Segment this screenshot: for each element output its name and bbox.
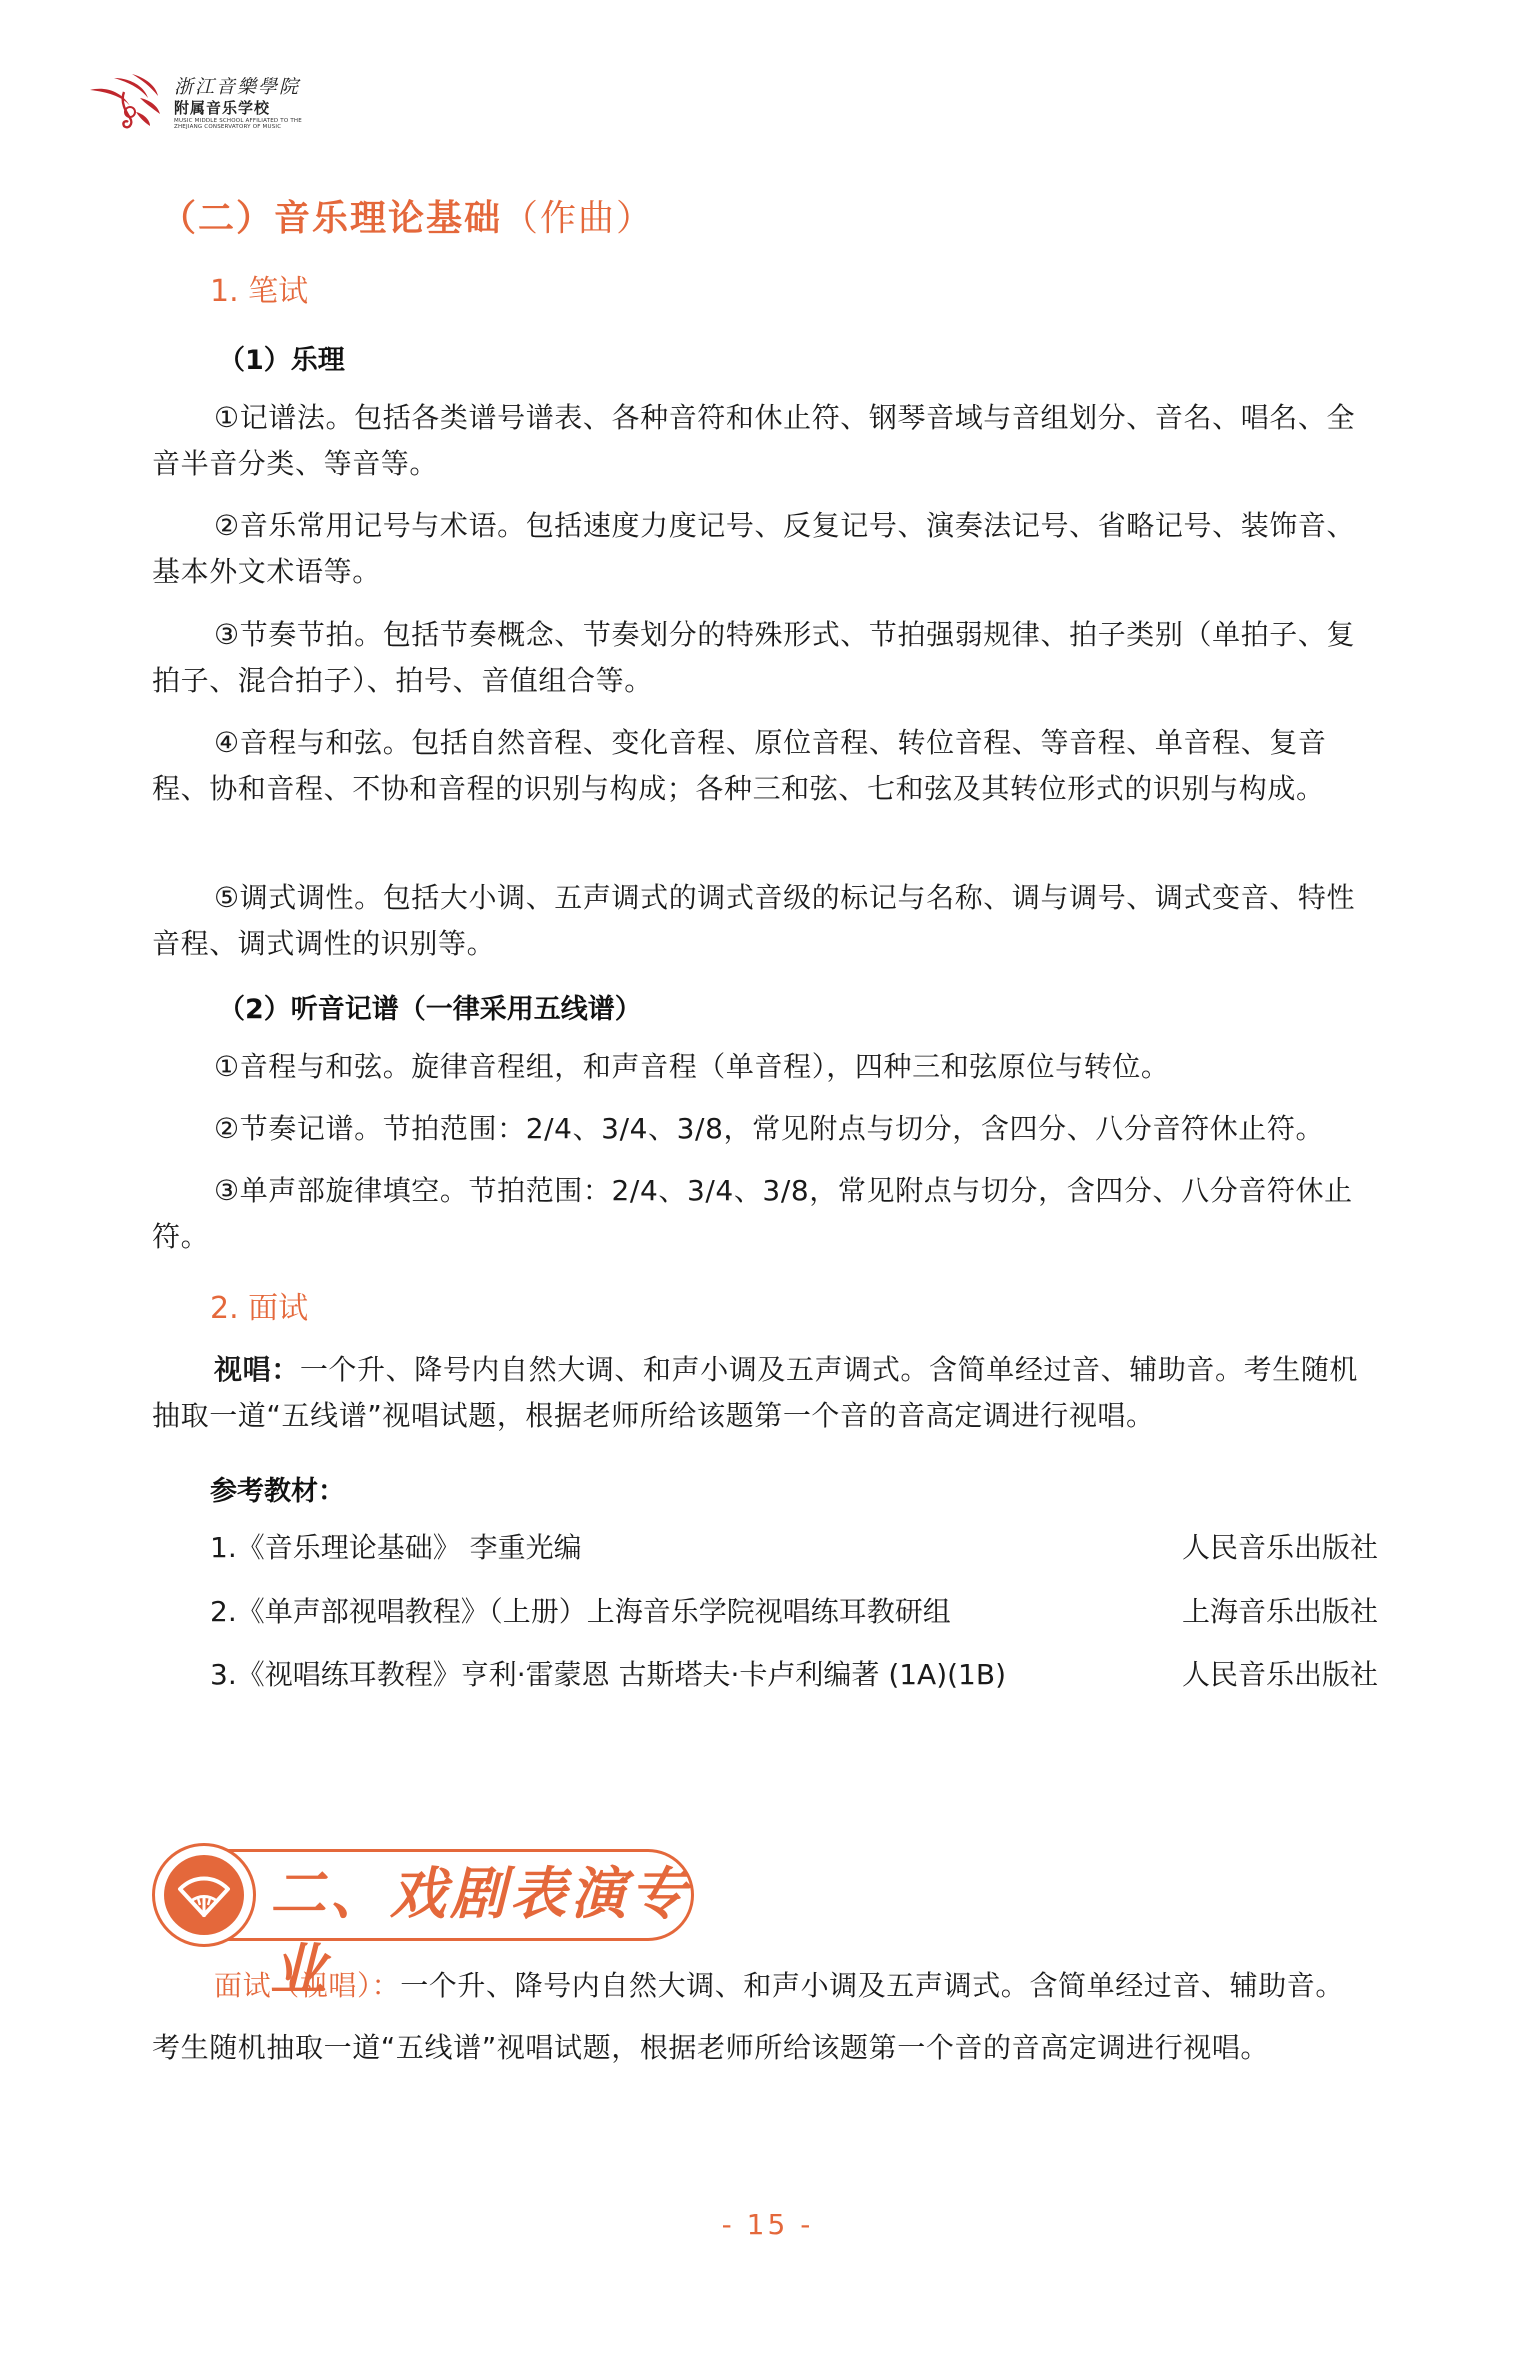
drama-interview-label: 面试（视唱）： bbox=[214, 1969, 400, 2002]
logo-school-name: 附属音乐学校 bbox=[174, 98, 302, 118]
music-theory-heading: （1）乐理 bbox=[218, 338, 345, 377]
theory-item-5: ⑤调式调性。包括大小调、五声调式的调式音级的标记与名称、调与调号、调式变音、特性… bbox=[152, 875, 1380, 967]
theory-item-4: ④音程与和弦。包括自然音程、变化音程、原位音程、转位音程、等音程、单音程、复音程… bbox=[152, 720, 1380, 812]
logo-conservatory-name: 浙江音樂學院 bbox=[174, 76, 302, 98]
sight-singing-text: 一个升、降号内自然大调、和声小调及五声调式。含简单经过音、辅助音。考生随机抽取一… bbox=[152, 1353, 1358, 1432]
section-title-main: （二）音乐理论基础 bbox=[160, 198, 502, 239]
references-label: 参考教材： bbox=[210, 1469, 345, 1508]
reference-title: 2.《单声部视唱教程》（上册）上海音乐学院视唱练耳教研组 bbox=[210, 1590, 951, 1630]
reference-publisher: 人民音乐出版社 bbox=[1182, 1653, 1378, 1693]
drama-interview-paragraph: 面试（视唱）：一个升、降号内自然大调、和声小调及五声调式。含简单经过音、辅助音。 bbox=[152, 1956, 1380, 2016]
written-exam-heading: 1. 笔试 bbox=[210, 266, 308, 310]
drama-interview-line2: 考生随机抽取一道“五线谱”视唱试题，根据老师所给该题第一个音的音高定调进行视唱。 bbox=[152, 2018, 1380, 2078]
reference-item: 1.《音乐理论基础》 李重光编 人民音乐出版社 bbox=[210, 1526, 1378, 1566]
logo-english-line2: ZHEJIANG CONSERVATORY OF MUSIC bbox=[174, 124, 302, 130]
sight-singing-paragraph: 视唱：一个升、降号内自然大调、和声小调及五声调式。含简单经过音、辅助音。考生随机… bbox=[152, 1347, 1380, 1439]
reference-title: 1.《音乐理论基础》 李重光编 bbox=[210, 1526, 582, 1566]
theory-item-2: ②音乐常用记号与术语。包括速度力度记号、反复记号、演奏法记号、省略记号、装饰音、… bbox=[152, 503, 1380, 595]
section-banner-drama: 二、戏剧表演专业 bbox=[152, 1843, 700, 1951]
section-heading-music-theory: （二）音乐理论基础（作曲） bbox=[160, 190, 654, 241]
treble-clef-logo-icon bbox=[88, 72, 168, 134]
sight-singing-label: 视唱： bbox=[214, 1353, 300, 1386]
interview-heading: 2. 面试 bbox=[210, 1283, 308, 1327]
dictation-item-1: ①音程与和弦。旋律音程组，和声音程（单音程），四种三和弦原位与转位。 bbox=[152, 1044, 1380, 1090]
reference-publisher: 人民音乐出版社 bbox=[1182, 1526, 1378, 1566]
theory-item-3: ③节奏节拍。包括节奏概念、节奏划分的特殊形式、节拍强弱规律、拍子类别（单拍子、复… bbox=[152, 612, 1380, 704]
section-title-paren: （作曲） bbox=[502, 198, 654, 239]
fan-icon bbox=[164, 1855, 244, 1935]
reference-title: 3.《视唱练耳教程》亨利·雷蒙恩 古斯塔夫·卡卢利编著 (1A)(1B) bbox=[210, 1653, 1006, 1693]
dictation-item-3: ③单声部旋律填空。节拍范围：2/4、3/4、3/8，常见附点与切分，含四分、八分… bbox=[152, 1168, 1380, 1260]
drama-interview-line1: 一个升、降号内自然大调、和声小调及五声调式。含简单经过音、辅助音。 bbox=[400, 1969, 1344, 2002]
reference-item: 3.《视唱练耳教程》亨利·雷蒙恩 古斯塔夫·卡卢利编著 (1A)(1B) 人民音… bbox=[210, 1653, 1378, 1693]
banner-icon-circle bbox=[152, 1843, 256, 1947]
school-logo: 浙江音樂學院 附属音乐学校 MUSIC MIDDLE SCHOOL AFFILI… bbox=[88, 72, 328, 134]
dictation-heading: （2）听音记谱（一律采用五线谱） bbox=[218, 987, 642, 1026]
dictation-item-2: ②节奏记谱。节拍范围：2/4、3/4、3/8，常见附点与切分，含四分、八分音符休… bbox=[152, 1106, 1380, 1152]
reference-publisher: 上海音乐出版社 bbox=[1182, 1590, 1378, 1630]
reference-item: 2.《单声部视唱教程》（上册）上海音乐学院视唱练耳教研组 上海音乐出版社 bbox=[210, 1590, 1378, 1630]
page-number: - 15 - bbox=[0, 2208, 1535, 2241]
theory-item-1: ①记谱法。包括各类谱号谱表、各种音符和休止符、钢琴音域与音组划分、音名、唱名、全… bbox=[152, 395, 1380, 487]
